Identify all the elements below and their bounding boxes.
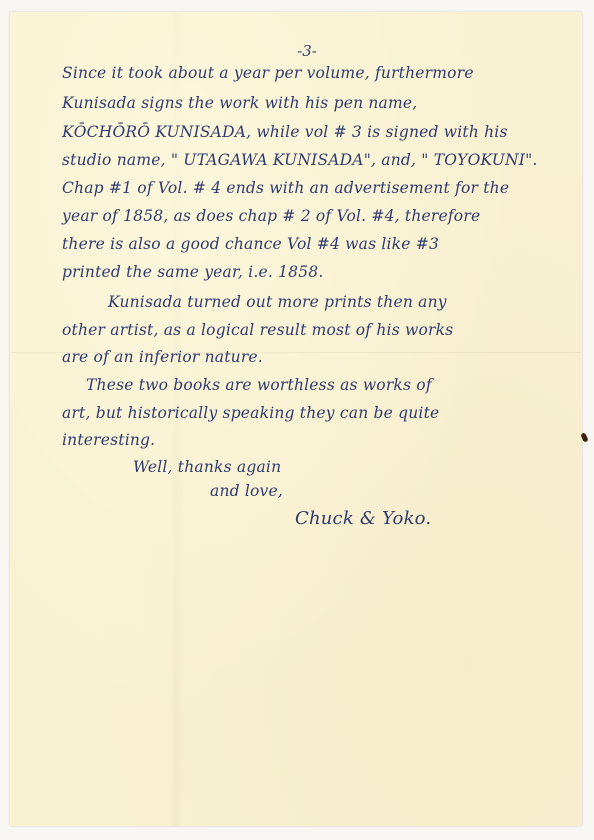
signature: Chuck & Yoko. bbox=[295, 510, 431, 528]
ink-stain-mark bbox=[580, 432, 588, 442]
letter-page: -3- Since it took about a year per volum… bbox=[10, 12, 582, 826]
letter-line-1: Since it took about a year per volume, f… bbox=[62, 66, 474, 82]
letter-line-8: printed the same year, i.e. 1858. bbox=[62, 265, 323, 281]
letter-line-14: interesting. bbox=[62, 433, 155, 449]
letter-line-9: Kunisada turned out more prints then any bbox=[108, 295, 447, 311]
closing-line-love: and love, bbox=[210, 484, 283, 500]
letter-line-10: other artist, as a logical result most o… bbox=[62, 323, 453, 339]
closing-line-thanks: Well, thanks again bbox=[133, 460, 281, 476]
letter-line-3: KŌCHŌRŌ KUNISADA, while vol # 3 is signe… bbox=[62, 125, 508, 141]
letter-line-6: year of 1858, as does chap # 2 of Vol. #… bbox=[62, 209, 480, 225]
letter-line-11: are of an inferior nature. bbox=[62, 350, 263, 366]
letter-line-12: These two books are worthless as works o… bbox=[86, 378, 432, 394]
letter-line-7: there is also a good chance Vol #4 was l… bbox=[62, 237, 439, 253]
letter-line-4: studio name, " UTAGAWA KUNISADA", and, "… bbox=[62, 153, 538, 169]
letter-line-5: Chap #1 of Vol. # 4 ends with an adverti… bbox=[62, 181, 509, 197]
page-number: -3- bbox=[282, 42, 332, 60]
letter-line-13: art, but historically speaking they can … bbox=[62, 406, 439, 422]
letter-line-2: Kunisada signs the work with his pen nam… bbox=[62, 96, 417, 112]
